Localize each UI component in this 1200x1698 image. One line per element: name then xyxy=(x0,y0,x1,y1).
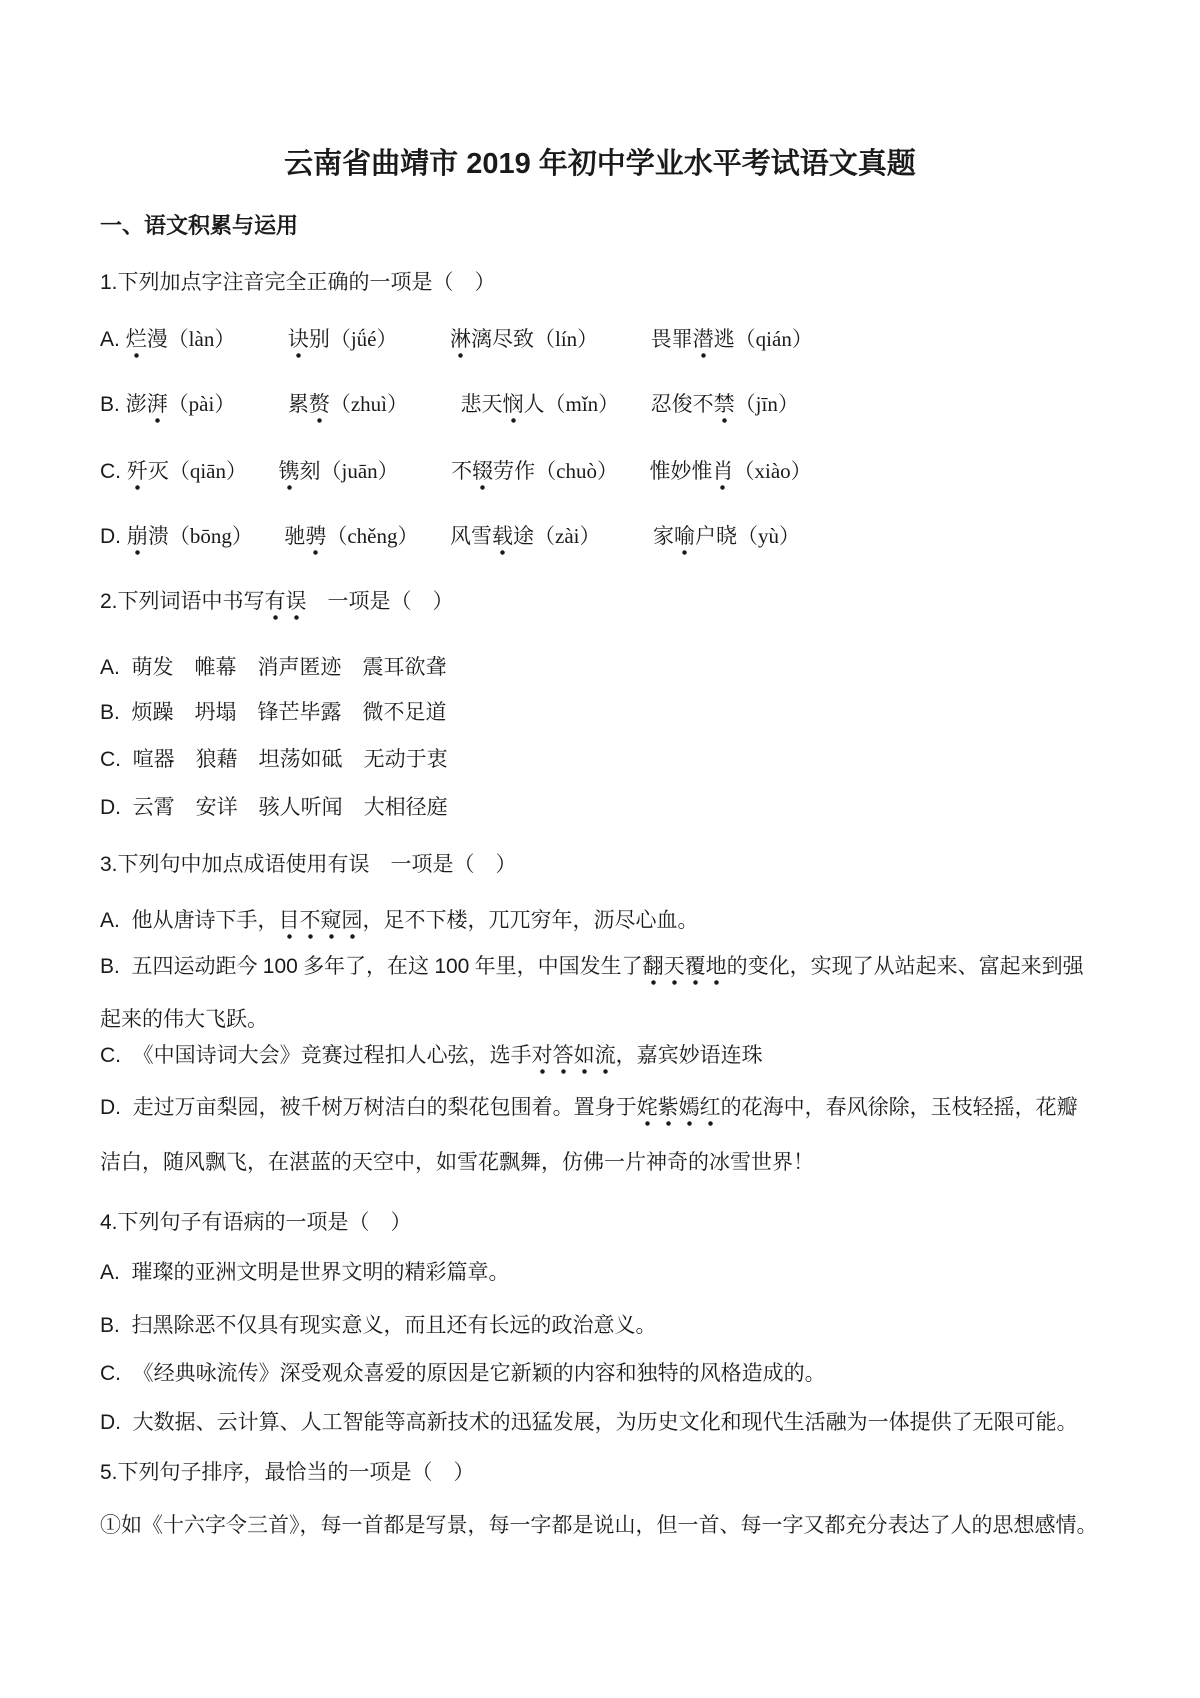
text-segment: 劳作（chuò） 惟妙惟 xyxy=(493,459,712,483)
question-3-option-d-continuation: 洁白，随风飘飞，在湛蓝的天空中，如雪花飘舞，仿佛一片神奇的冰雪世界！ xyxy=(100,1148,1108,1176)
text-segment: ，足不下楼，兀兀穷年，沥尽心血。 xyxy=(363,908,699,932)
question-3-option-d: D. 走过万亩梨园，被千树万树洁白的梨花包围着。置身于姹紫嫣红的花海中，春风徐除… xyxy=(100,1093,1108,1122)
question-5-sentence-1: ①如《十六字令三首》，每一首都是写景，每一字都是说山，但一首、每一字又都充分表达… xyxy=(100,1511,1108,1539)
question-2-stem: 2.下列词语中书写有误 一项是（ ） xyxy=(100,587,1108,616)
text-segment: A. xyxy=(100,909,132,932)
text-segment: 的花海中，春风徐除，玉枝轻摇，花瓣 xyxy=(721,1095,1078,1119)
emphasized-text-segment: 翻天覆地 xyxy=(643,954,727,986)
text-segment: 大数据、云计算、人工智能等高新技术的迅猛发展，为历史文化和现代生活融为一体提供了… xyxy=(133,1410,1078,1434)
text-segment: 云霄 安详 骇人听闻 大相径庭 xyxy=(133,795,448,819)
question-3-option-c: C. 《中国诗词大会》竞赛过程扣人心弦，选手对答如流，嘉宾妙语连珠 xyxy=(100,1041,1108,1070)
text-segment: （xiào） xyxy=(733,459,811,483)
text-segment: 下列加点字注音完全正确的一项是（ ） xyxy=(118,270,496,294)
text-segment: 下列句中加点成语使用有误 一项是（ ） xyxy=(118,852,517,876)
emphasized-text-segment: 淋 xyxy=(450,327,471,359)
text-segment: （zhuì） 悲天 xyxy=(330,392,503,416)
text-segment: 的变化，实现了从站起来、富起来到强 xyxy=(727,954,1084,978)
text-segment: 烦躁 坍塌 锋芒毕露 微不足道 xyxy=(132,700,447,724)
question-2-option-b: B. 烦躁 坍塌 锋芒毕露 微不足道 xyxy=(100,698,1108,727)
question-3-option-b: B. 五四运动距今 100 多年了，在这 100 年里，中国发生了翻天覆地的变化… xyxy=(100,952,1108,981)
question-1-option-c: C. 歼灭（qiān） 镌刻（juān） 不辍劳作（chuò） 惟妙惟肖（xià… xyxy=(100,457,1108,486)
text-segment: 人（mǐn） 忍俊不 xyxy=(524,392,714,416)
text-segment: 下列句子排序，最恰当的一项是（ ） xyxy=(118,1460,475,1484)
text-segment: 溃（bōng） 驰 xyxy=(148,524,306,548)
text-segment: 《经典咏流传》深受观众喜爱的原因是它新颖的内容和独特的风格造成的。 xyxy=(133,1361,826,1385)
emphasized-text-segment: 肖 xyxy=(712,459,733,491)
text-segment: 100 xyxy=(434,955,469,978)
text-segment: 1. xyxy=(100,271,118,294)
text-segment: 起来的伟大飞跃。 xyxy=(100,1007,268,1031)
text-segment: 漓尽致（lín） 畏罪 xyxy=(471,327,693,351)
text-segment: A. xyxy=(100,1261,132,1284)
text-segment: B. xyxy=(100,701,132,724)
exam-title: 云南省曲靖市 2019 年初中学业水平考试语文真题 xyxy=(0,147,1200,181)
emphasized-text-segment: 赘 xyxy=(309,392,330,424)
emphasized-text-segment: 潜 xyxy=(693,327,714,359)
text-segment: 五四运动距今 xyxy=(132,954,263,978)
text-segment: ，嘉宾妙语连珠 xyxy=(616,1043,763,1067)
emphasized-text-segment: 骋 xyxy=(305,524,326,556)
text-segment: 喧器 狼藉 坦荡如砥 无动于衷 xyxy=(133,747,448,771)
text-segment: A. xyxy=(100,656,132,679)
question-4-option-d: D. 大数据、云计算、人工智能等高新技术的迅猛发展，为历史文化和现代生活融为一体… xyxy=(100,1408,1108,1437)
text-segment: 100 xyxy=(263,955,298,978)
question-2-option-a: A. 萌发 帷幕 消声匿迹 震耳欲聋 xyxy=(100,653,1108,682)
text-segment: C. xyxy=(100,1362,133,1385)
question-5-stem: 5.下列句子排序，最恰当的一项是（ ） xyxy=(100,1458,1108,1487)
emphasized-text-segment: 载 xyxy=(492,524,513,556)
question-3-stem: 3.下列句中加点成语使用有误 一项是（ ） xyxy=(100,850,1108,879)
text-segment: 下列词语中书写 xyxy=(118,589,265,613)
question-1-option-b: B. 澎湃（pài） 累赘（zhuì） 悲天悯人（mǐn） 忍俊不禁（jīn） xyxy=(100,390,1108,419)
text-segment: C. xyxy=(100,1044,133,1067)
text-segment: D. xyxy=(100,796,133,819)
text-segment: 走过万亩梨园，被千树万树洁白的梨花包围着。置身于 xyxy=(133,1095,637,1119)
emphasized-text-segment: 崩 xyxy=(127,524,148,556)
question-4-stem: 4.下列句子有语病的一项是（ ） xyxy=(100,1208,1108,1237)
emphasized-text-segment: 禁 xyxy=(714,392,735,424)
text-segment: 别（jǘé） xyxy=(309,327,450,351)
text-segment: A. xyxy=(100,328,126,351)
text-segment: 年里，中国发生了 xyxy=(469,954,642,978)
question-1-option-a: A. 烂漫（làn） 诀别（jǘé） 淋漓尽致（lín） 畏罪潜逃（qián） xyxy=(100,325,1108,354)
text-segment: 《中国诗词大会》竞赛过程扣人心弦，选手 xyxy=(133,1043,532,1067)
emphasized-text-segment: 烂 xyxy=(126,327,147,359)
text-segment: （chěng） 风雪 xyxy=(326,524,492,548)
text-segment: 他从唐诗下手， xyxy=(132,908,279,932)
text-segment: C. xyxy=(100,460,127,483)
text-segment: 澎 xyxy=(126,392,147,416)
text-segment: D. xyxy=(100,1096,133,1119)
text-segment: B. xyxy=(100,955,132,978)
text-segment: 5. xyxy=(100,1461,118,1484)
emphasized-text-segment: 湃 xyxy=(147,392,168,424)
text-segment: C. xyxy=(100,748,133,771)
question-4-option-b: B. 扫黑除恶不仅具有现实意义，而且还有长远的政治意义。 xyxy=(100,1311,1108,1340)
text-segment: 2. xyxy=(100,590,118,613)
text-segment: 户晓（yù） xyxy=(695,524,800,548)
text-segment: 璀璨的亚洲文明是世界文明的精彩篇章。 xyxy=(132,1260,510,1284)
emphasized-text-segment: 目不窥园 xyxy=(279,908,363,940)
question-3-option-b-continuation: 起来的伟大飞跃。 xyxy=(100,1005,1108,1033)
text-segment: ①如《十六字令三首》，每一首都是写景，每一字都是说山，但一首、每一字又都充分表达… xyxy=(100,1513,1098,1537)
text-segment: 3. xyxy=(100,853,118,876)
text-segment: 多年了，在这 xyxy=(298,954,435,978)
text-segment: 刻（juān） 不 xyxy=(300,459,473,483)
text-segment: 途（zài） 家 xyxy=(513,524,674,548)
question-1-option-d: D. 崩溃（bōng） 驰骋（chěng） 风雪载途（zài） 家喻户晓（yù） xyxy=(100,522,1108,551)
text-segment: 扫黑除恶不仅具有现实意义，而且还有长远的政治意义。 xyxy=(132,1313,657,1337)
question-3-option-a: A. 他从唐诗下手，目不窥园，足不下楼，兀兀穷年，沥尽心血。 xyxy=(100,906,1108,935)
text-segment: 逃（qián） xyxy=(714,327,813,351)
question-4-option-a: A. 璀璨的亚洲文明是世界文明的精彩篇章。 xyxy=(100,1258,1108,1287)
text-segment: B. xyxy=(100,1314,132,1337)
emphasized-text-segment: 诀 xyxy=(288,327,309,359)
text-segment: D. xyxy=(100,525,127,548)
text-segment: 下列句子有语病的一项是（ ） xyxy=(118,1210,412,1234)
emphasized-text-segment: 有误 xyxy=(265,589,307,621)
emphasized-text-segment: 喻 xyxy=(674,524,695,556)
text-segment: 洁白，随风飘飞，在湛蓝的天空中，如雪花飘舞，仿佛一片神奇的冰雪世界！ xyxy=(100,1150,814,1174)
emphasized-text-segment: 镌 xyxy=(279,459,300,491)
text-segment: D. xyxy=(100,1411,133,1434)
emphasized-text-segment: 悯 xyxy=(503,392,524,424)
section-heading: 一、语文积累与运用 xyxy=(100,212,1108,240)
emphasized-text-segment: 辍 xyxy=(472,459,493,491)
question-4-option-c: C. 《经典咏流传》深受观众喜爱的原因是它新颖的内容和独特的风格造成的。 xyxy=(100,1359,1108,1388)
question-2-option-c: C. 喧器 狼藉 坦荡如砥 无动于衷 xyxy=(100,745,1108,774)
question-1-stem: 1.下列加点字注音完全正确的一项是（ ） xyxy=(100,268,1108,297)
text-segment: 萌发 帷幕 消声匿迹 震耳欲聋 xyxy=(132,655,447,679)
text-segment: 漫（làn） xyxy=(147,327,288,351)
text-segment: （jīn） xyxy=(735,392,799,416)
emphasized-text-segment: 歼 xyxy=(127,459,148,491)
text-segment: 灭（qiān） xyxy=(148,459,279,483)
text-segment: （pài） 累 xyxy=(168,392,309,416)
exam-document-page: 云南省曲靖市 2019 年初中学业水平考试语文真题 一、语文积累与运用 1.下列… xyxy=(0,0,1200,1698)
emphasized-text-segment: 姹紫嫣红 xyxy=(637,1095,721,1127)
text-segment: B. xyxy=(100,393,126,416)
emphasized-text-segment: 对答如流 xyxy=(532,1043,616,1075)
question-2-option-d: D. 云霄 安详 骇人听闻 大相径庭 xyxy=(100,793,1108,822)
text-segment: 一项是（ ） xyxy=(307,589,454,613)
text-segment: 4. xyxy=(100,1211,118,1234)
